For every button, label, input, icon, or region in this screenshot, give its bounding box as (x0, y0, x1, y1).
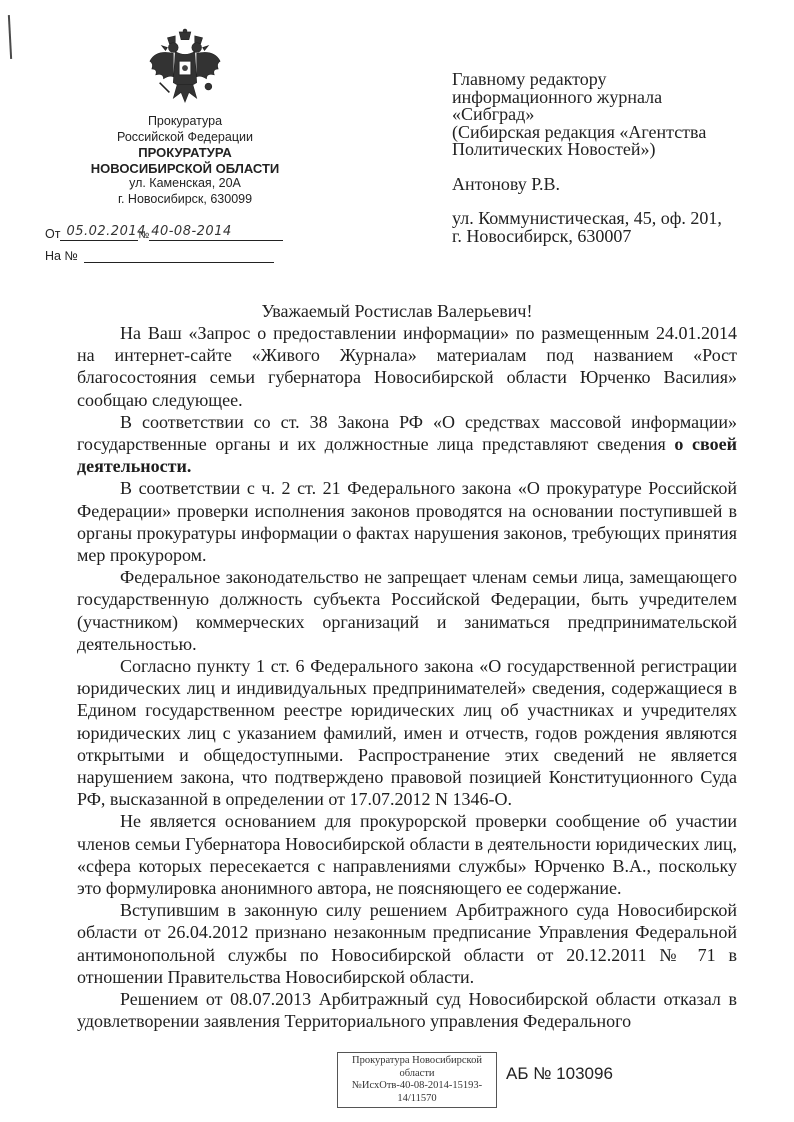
addressee-block: Главному редактору информационного журна… (452, 71, 772, 245)
org-line-3: ПРОКУРАТУРА (70, 145, 300, 161)
outgoing-date-number-line: От 05.02.2014 № 40-08-2014 (45, 224, 283, 241)
paragraph-3: В соответствии с ч. 2 ст. 21 Федеральног… (77, 477, 737, 566)
addressee-line: Главному редактору (452, 71, 772, 89)
form-serial-number: АБ № 103096 (506, 1064, 613, 1084)
paragraph-7: Вступившим в законную силу решением Арби… (77, 899, 737, 988)
addressee-city: г. Новосибирск, 630007 (452, 228, 772, 246)
org-line-4: НОВОСИБИРСКОЙ ОБЛАСТИ (70, 161, 300, 177)
paragraph-8: Решением от 08.07.2013 Арбитражный суд Н… (77, 988, 737, 1032)
double-headed-eagle-emblem-icon (146, 28, 224, 110)
letter-body: На Ваш «Запрос о предоставлении информац… (77, 322, 737, 1033)
reference-line: На № (45, 246, 274, 263)
addressee-line: «Сибград» (452, 106, 772, 124)
letterhead: Прокуратура Российской Федерации ПРОКУРА… (70, 28, 300, 207)
addressee-name: Антонову Р.В. (452, 176, 772, 194)
number-field: 40-08-2014 (149, 224, 283, 241)
paragraph-2: В соответствии со ст. 38 Закона РФ «О ср… (77, 411, 737, 478)
ref-field (84, 246, 274, 263)
org-line-1: Прокуратура (70, 114, 300, 130)
paragraph-6: Не является основанием для прокурорской … (77, 810, 737, 899)
handwritten-date: 05.02.2014 (66, 224, 145, 239)
staple-mark (8, 15, 12, 59)
paragraph-5: Согласно пункту 1 ст. 6 Федерального зак… (77, 655, 737, 810)
registration-stamp: Прокуратура Новосибирской области №ИсхОт… (337, 1052, 497, 1108)
from-label: От (45, 227, 60, 241)
addressee-line: Политических Новостей») (452, 141, 772, 159)
salutation: Уважаемый Ростислав Валерьевич! (0, 301, 794, 322)
ref-label: На № (45, 249, 78, 263)
handwritten-number: 40-08-2014 (151, 224, 232, 239)
addressee-street: ул. Коммунистическая, 45, оф. 201, (452, 210, 772, 228)
paragraph-1: На Ваш «Запрос о предоставлении информац… (77, 322, 737, 411)
org-street: ул. Каменская, 20А (70, 176, 300, 192)
org-line-2: Российской Федерации (70, 130, 300, 146)
org-city: г. Новосибирск, 630099 (70, 192, 300, 208)
date-field: 05.02.2014 (60, 224, 138, 241)
paragraph-4: Федеральное законодательство не запрещае… (77, 566, 737, 655)
